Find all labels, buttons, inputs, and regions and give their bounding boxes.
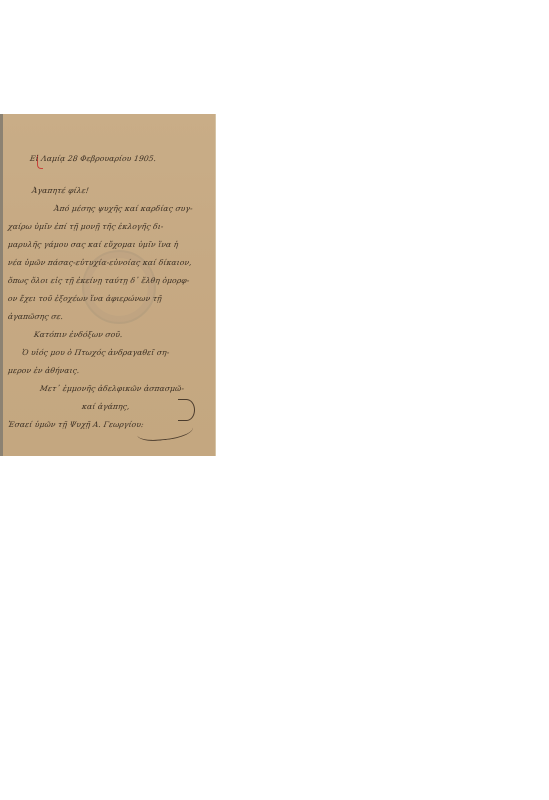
letter-body-line: μερον ἐν ἀθήναις. bbox=[7, 366, 80, 375]
letter-salutation: Ἀγαπητέ φίλε! bbox=[31, 186, 89, 195]
letter-body-line: μαρυλῆς γάμου σας καί εὔχομαι ὑμῖν ἵνα ἡ bbox=[7, 240, 179, 249]
letter-body-line: ἀγαπῶσης σε. bbox=[7, 312, 64, 321]
letter-closing-line: καί ἀγάπης, bbox=[81, 402, 130, 411]
letter-closing-line: Μετ᾽ ἐμμονῆς ἀδελφικῶν ἀσπασμῶ- bbox=[39, 384, 184, 393]
signature-underline-flourish bbox=[136, 418, 194, 443]
letter-body-line: νέα ὑμῶν πάσας-εὐτυχία-εὐνοίας καί δίκαι… bbox=[7, 258, 192, 267]
letter-dateline: Εἰ Λαμίᾳ 28 Φεβρουαρίου 1905. bbox=[29, 154, 156, 163]
letter-body-line: χαίρω ὑμῖν ἐπί τῇ μονῇ τῆς ἐκλογῆς δι- bbox=[7, 222, 164, 231]
letter-body-line: Κατόπιν ἐνδόξων σοῦ. bbox=[33, 330, 123, 339]
letter-page: Εἰ Λαμίᾳ 28 Φεβρουαρίου 1905. Ἀγαπητέ φί… bbox=[0, 114, 216, 456]
letter-signature-line: Ἐσαεί ὑμῶν τῇ Ψυχῇ Α. Γεωργίου: bbox=[7, 420, 144, 429]
letter-body-line: Ὁ υἱός μου ὁ Πτωχός ἀνδραγαθεῖ ση- bbox=[21, 348, 170, 357]
letter-body-line: Ἀπό μέσης ψυχῆς καί καρδίας συγ- bbox=[53, 204, 193, 213]
letter-body-line: ον ἔχει τοῦ ἐξοχέων ἵνα ἀφιερώνων τῇ bbox=[7, 294, 162, 303]
letter-body-line: ὅπως ὅλοι εἰς τῇ ἐκείνῃ ταύτῃ δ᾽ ἔλθη ὁμ… bbox=[7, 276, 190, 285]
